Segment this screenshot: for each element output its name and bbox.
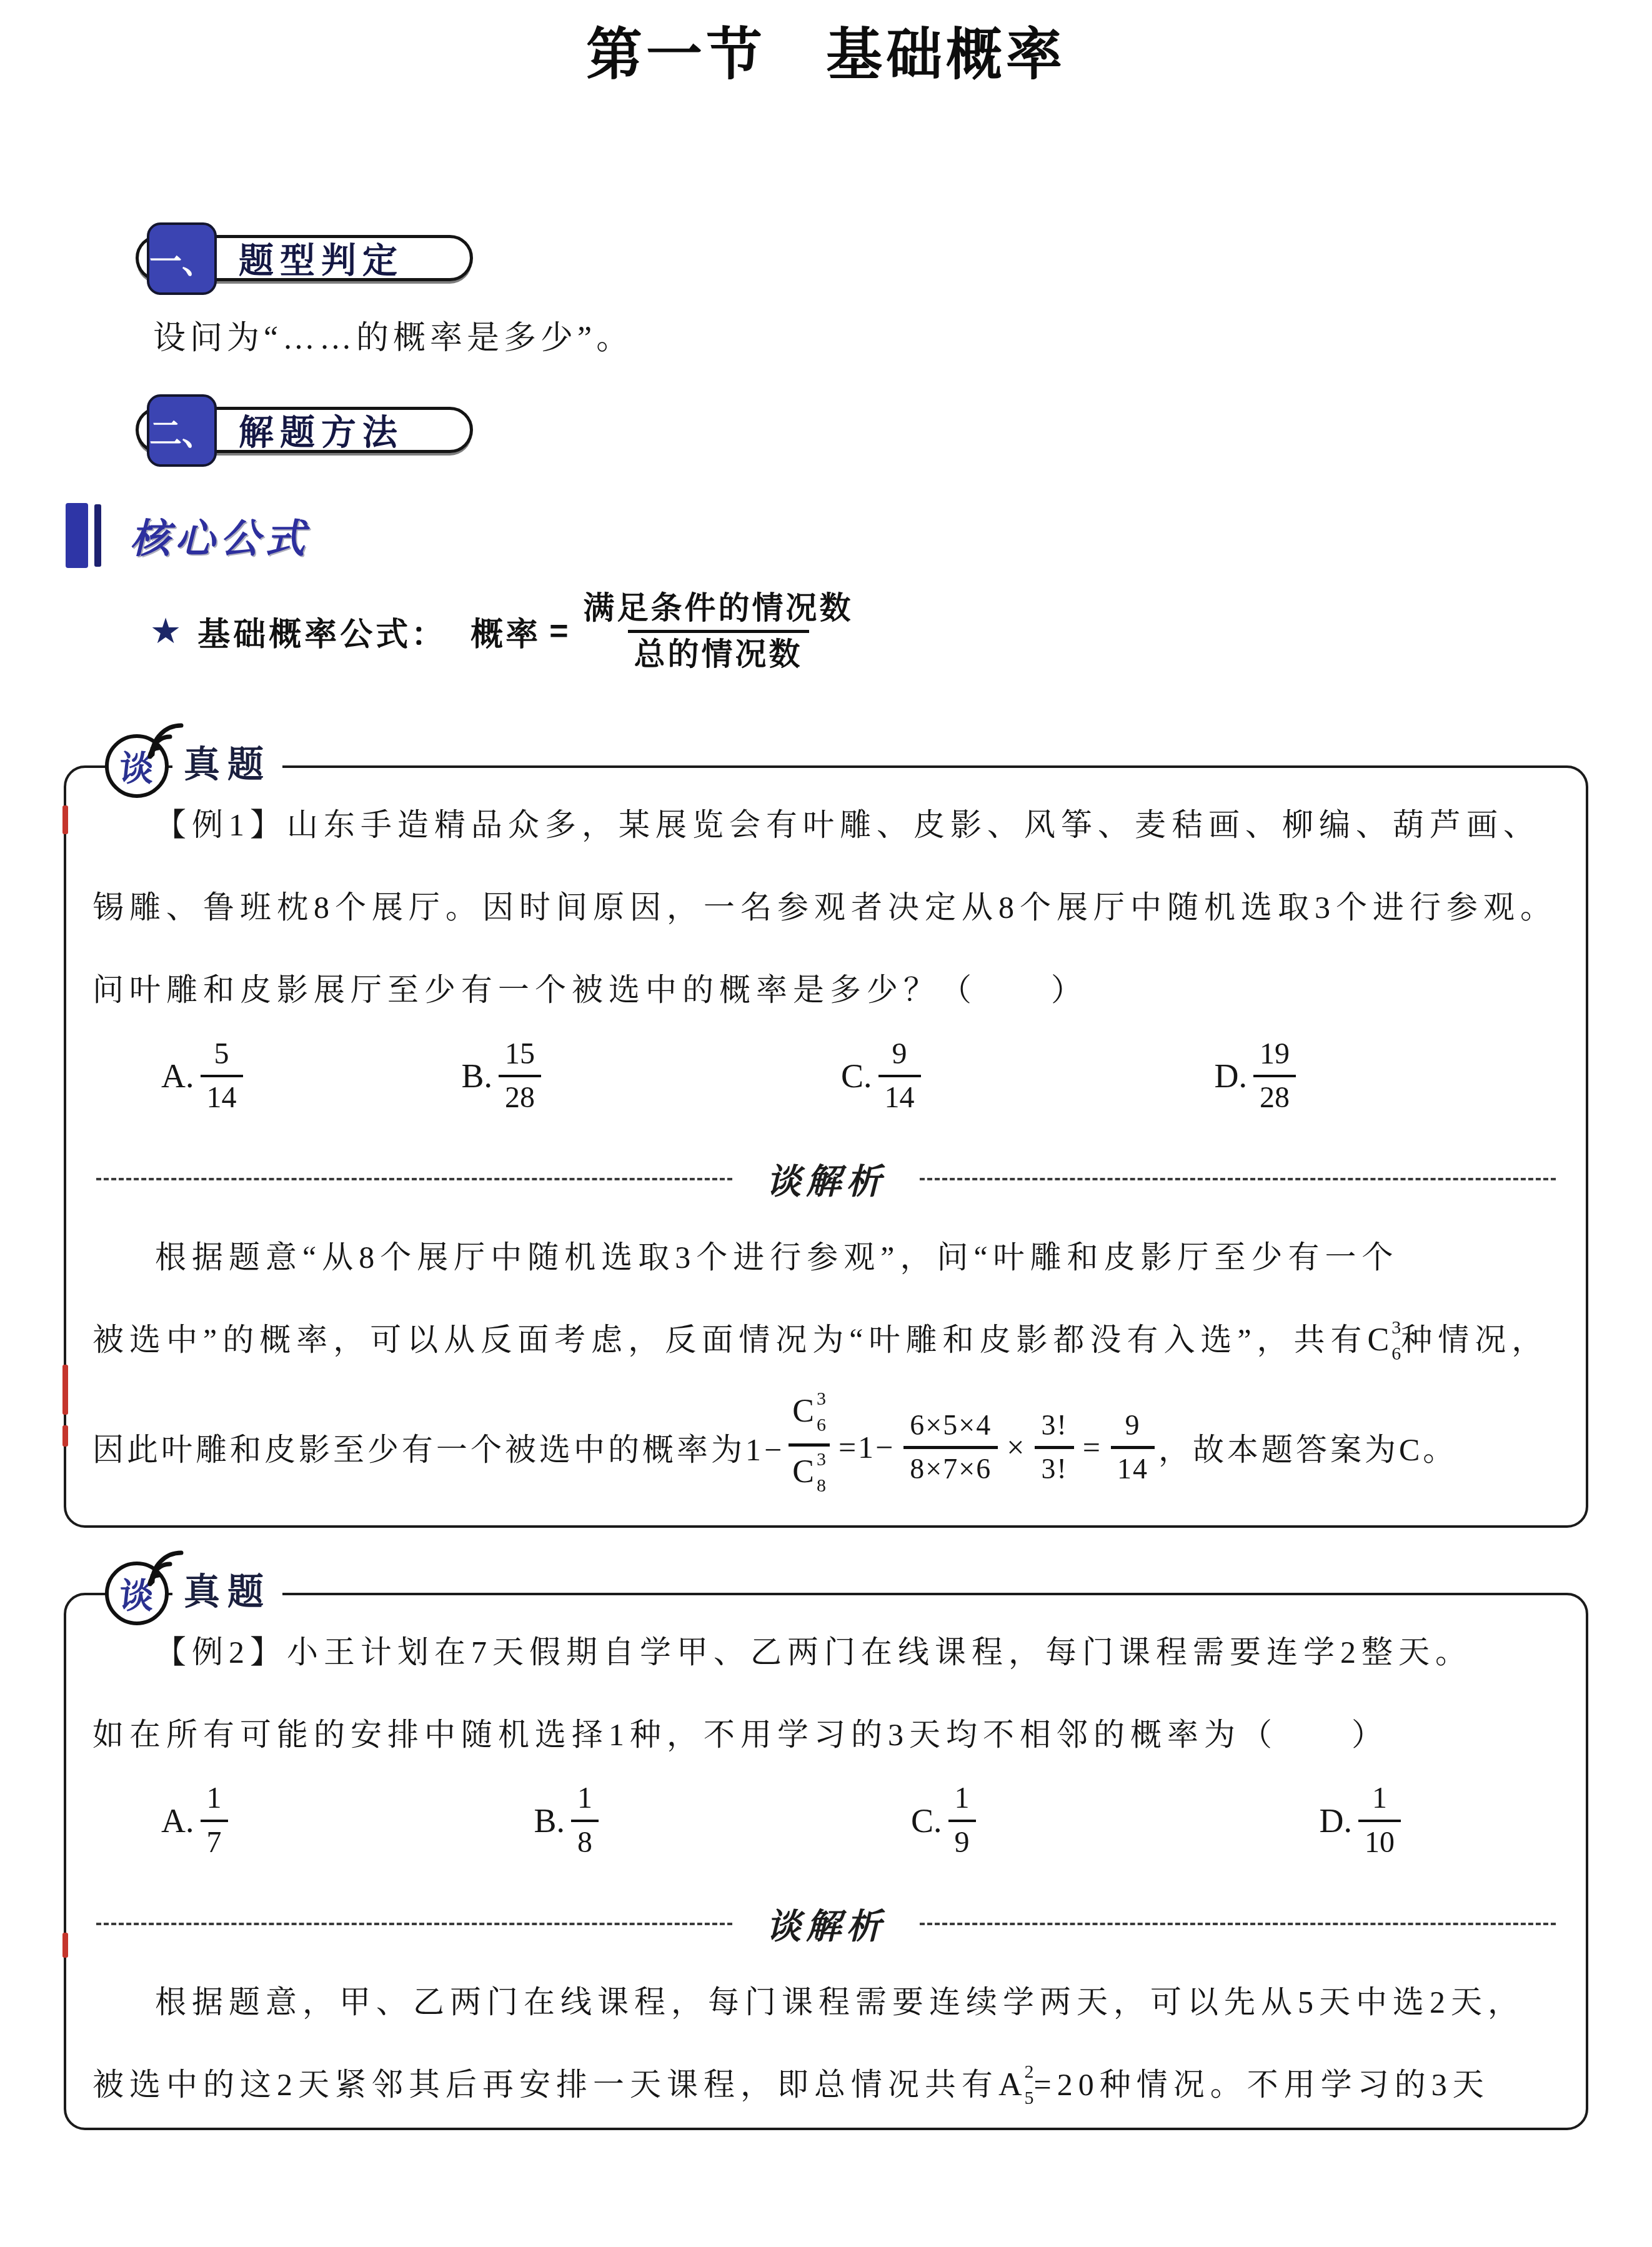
core-formula-header: 核心公式 (66, 503, 1652, 568)
fraction-numerator: 满足条件的情况数 (577, 592, 860, 630)
analysis-text: 被选中”的概率，可以从反面考虑，反面情况为“叶雕和皮影都没有入选”，共有 (92, 1322, 1368, 1357)
example-1-analysis-formula: 因此叶雕和皮影至少有一个被选中的概率为1− C36 C38 =1− 6×5×4 … (92, 1391, 1560, 1504)
option-d: D. 19 28 (1215, 1039, 1296, 1114)
dashed-line (96, 1178, 732, 1180)
fraction-denominator: 14 (878, 1075, 921, 1114)
combination-symbol: C38 (792, 1450, 826, 1495)
analysis-text: 种情况， (1401, 1322, 1548, 1357)
formula-lhs: 概率 (470, 608, 540, 655)
example-1-box: 谈 真题 【例1】山东手造精品众多，某展览会有叶雕、皮影、风筝、麦秸画、柳编、葫… (64, 765, 1588, 1528)
option-b: B. 1 8 (534, 1783, 599, 1858)
fraction-numerator: 9 (1118, 1410, 1147, 1445)
signal-waves-icon (144, 1547, 185, 1588)
option-letter: A. (161, 1057, 194, 1095)
fraction-denominator: 3! (1035, 1446, 1073, 1484)
analysis-text: 被选中的这2天紧邻其后再安排一天课程，即总情况共有 (92, 2067, 998, 2102)
option-letter: B. (462, 1057, 493, 1095)
formula-fraction: 满足条件的情况数 总的情况数 (577, 592, 860, 670)
option-fraction: 1 8 (571, 1783, 599, 1858)
option-d: D. 1 10 (1320, 1783, 1401, 1858)
example-2-analysis-1: 根据题意，甲、乙两门在线课程，每门课程需要连续学两天，可以先从5天中选2天， (92, 1981, 1560, 2023)
factorial-fraction: 3! 3! (1035, 1410, 1073, 1484)
dashed-line (920, 1178, 1556, 1180)
option-b: B. 15 28 (462, 1039, 542, 1114)
analysis-text: =20种情况。不用学习的3天 (1034, 2067, 1490, 2102)
page-title: 第一节 基础概率 (0, 9, 1652, 90)
fraction-denominator: 总的情况数 (628, 630, 809, 671)
fraction-numerator: 1 (948, 1783, 976, 1819)
comb-sub: 6 (817, 1416, 826, 1435)
example-1-line-3: 问叶雕和皮影展厅至少有一个被选中的概率是多少？（ ） (92, 969, 1560, 1010)
option-fraction: 9 14 (878, 1039, 921, 1114)
fraction-numerator: 1 (201, 1783, 228, 1819)
fraction-denominator: 14 (1111, 1446, 1155, 1484)
option-fraction: 15 28 (499, 1039, 541, 1114)
multiply-sign: × (1007, 1429, 1026, 1465)
star-icon: ★ (150, 611, 181, 652)
option-a: A. 1 7 (161, 1783, 228, 1858)
combination-ratio-fraction: C36 C38 (789, 1391, 830, 1504)
comb-sub: 5 (1025, 2089, 1034, 2108)
example-2-line-2: 如在所有可能的安排中随机选择1种，不用学习的3天均不相邻的概率为（ ） (92, 1714, 1560, 1755)
scan-red-mark (62, 805, 68, 834)
equals-sign: = (549, 612, 568, 650)
example-1-line-1: 【例1】山东手造精品众多，某展览会有叶雕、皮影、风筝、麦秸画、柳编、葫芦画、 (92, 804, 1560, 845)
section-label: 题型判定 (239, 233, 404, 283)
fraction-numerator: 3! (1035, 1410, 1073, 1445)
real-exam-label: 真题 (172, 743, 282, 787)
analysis-divider: 谈解析 (96, 1899, 1556, 1949)
example-2-options: A. 1 7 B. 1 8 C. 1 9 D. 1 10 (92, 1771, 1560, 1870)
section-number-box: 一、 (147, 222, 217, 295)
example-1-analysis-1: 根据题意“从8个展厅中随机选取3个进行参观”，问“叶雕和皮影厅至少有一个 (92, 1237, 1560, 1278)
scan-red-mark (62, 1933, 68, 1958)
core-formula-label: 核心公式 (130, 507, 310, 564)
comb-sup: 3 (817, 1450, 826, 1469)
fraction-numerator: 5 (208, 1039, 236, 1075)
analysis-divider: 谈解析 (96, 1154, 1556, 1204)
comb-sup: 2 (1025, 2063, 1034, 2081)
comb-sup: 3 (817, 1390, 826, 1408)
fraction-denominator: 14 (201, 1075, 243, 1114)
dashed-line (920, 1923, 1556, 1925)
option-letter: C. (841, 1057, 872, 1095)
arrangement-symbol: A25 (998, 2063, 1034, 2108)
tan-logo-circle: 谈 (105, 1562, 169, 1625)
section-number-box: 二、 (147, 394, 217, 467)
option-letter: C. (911, 1801, 942, 1840)
example-1-line-2: 锡雕、鲁班枕8个展厅。因时间原因，一名参观者决定从8个展厅中随机选取3个进行参观… (92, 887, 1560, 928)
fraction-numerator: 15 (499, 1039, 541, 1075)
fraction-numerator: 1 (571, 1783, 599, 1819)
fraction-numerator: 1 (1366, 1783, 1393, 1819)
combination-symbol: C36 (792, 1390, 826, 1435)
option-fraction: 1 9 (948, 1783, 976, 1858)
option-c: C. 9 14 (841, 1039, 921, 1114)
fraction-denominator: 28 (1253, 1075, 1296, 1114)
example-1-analysis-2: 被选中”的概率，可以从反面考虑，反面情况为“叶雕和皮影都没有入选”，共有C36种… (92, 1319, 1560, 1366)
fraction-denominator: 8 (571, 1820, 599, 1858)
section-label: 解题方法 (239, 405, 404, 455)
comb-sup: 3 (1391, 1318, 1401, 1337)
dashed-line (96, 1923, 732, 1925)
fraction-denominator: 9 (948, 1820, 976, 1858)
option-fraction: 19 28 (1253, 1039, 1296, 1114)
option-fraction: 5 14 (201, 1039, 243, 1114)
fraction-denominator: 7 (201, 1820, 228, 1858)
fraction-numerator: 19 (1253, 1039, 1296, 1075)
signal-waves-icon (144, 719, 185, 760)
analysis-label: 谈解析 (766, 1154, 886, 1204)
option-fraction: 1 7 (201, 1783, 228, 1858)
comb-base: A (998, 2064, 1022, 2107)
type-judgement-text: 设问为“……的概率是多少”。 (153, 311, 1652, 358)
option-a: A. 5 14 (161, 1039, 243, 1114)
option-letter: D. (1215, 1057, 1248, 1095)
example-2-line-1: 【例2】小王计划在7天假期自学甲、乙两门在线课程，每门课程需要连学2整天。 (92, 1632, 1560, 1673)
fraction-denominator: 28 (499, 1075, 541, 1114)
section-number: 二、 (149, 407, 214, 454)
scan-red-mark (62, 1365, 68, 1415)
equals-one-minus: =1− (838, 1429, 895, 1465)
fraction-denominator: 10 (1358, 1820, 1401, 1858)
numeric-fraction: 6×5×4 8×7×6 (903, 1410, 998, 1484)
analysis-conclusion: ，故本题答案为C。 (1158, 1425, 1457, 1470)
example-2-analysis-2: 被选中的这2天紧邻其后再安排一天课程，即总情况共有A25=20种情况。不用学习的… (92, 2064, 1560, 2111)
real-exam-label: 真题 (172, 1570, 282, 1614)
base-probability-formula: ★ 基础概率公式： 概率 = 满足条件的情况数 总的情况数 (150, 592, 1652, 670)
fraction-numerator: 6×5×4 (903, 1410, 998, 1445)
option-letter: D. (1320, 1801, 1353, 1840)
option-fraction: 1 10 (1358, 1783, 1401, 1858)
analysis-text: 因此叶雕和皮影至少有一个被选中的概率为1− (92, 1425, 785, 1470)
comb-base: C (792, 1455, 814, 1490)
real-exam-tag: 谈 真题 (105, 1562, 282, 1625)
option-letter: A. (161, 1801, 194, 1840)
comb-base: C (1368, 1319, 1390, 1362)
blue-bar-icon (66, 503, 88, 568)
real-exam-tag: 谈 真题 (105, 734, 282, 798)
example-1-options: A. 5 14 B. 15 28 C. 9 14 D. 19 28 (92, 1027, 1560, 1125)
comb-base: C (792, 1395, 814, 1429)
fraction-denominator: 8×7×6 (903, 1446, 998, 1484)
comb-sub: 8 (817, 1477, 826, 1495)
scan-red-mark (62, 1425, 68, 1447)
comb-sub: 6 (1391, 1345, 1401, 1363)
option-letter: B. (534, 1801, 565, 1840)
result-fraction: 9 14 (1111, 1410, 1155, 1484)
formula-name: 基础概率公式： (197, 608, 447, 655)
section-number: 一、 (149, 236, 214, 282)
combination-symbol: C36 (1368, 1318, 1401, 1363)
tan-logo-circle: 谈 (105, 734, 169, 798)
option-c: C. 1 9 (911, 1783, 976, 1858)
blue-bar-thin-icon (94, 504, 101, 567)
equals-sign: = (1083, 1429, 1102, 1465)
analysis-label: 谈解析 (766, 1899, 886, 1949)
example-2-box: 谈 真题 【例2】小王计划在7天假期自学甲、乙两门在线课程，每门课程需要连学2整… (64, 1593, 1588, 2131)
fraction-numerator: 9 (886, 1039, 913, 1075)
